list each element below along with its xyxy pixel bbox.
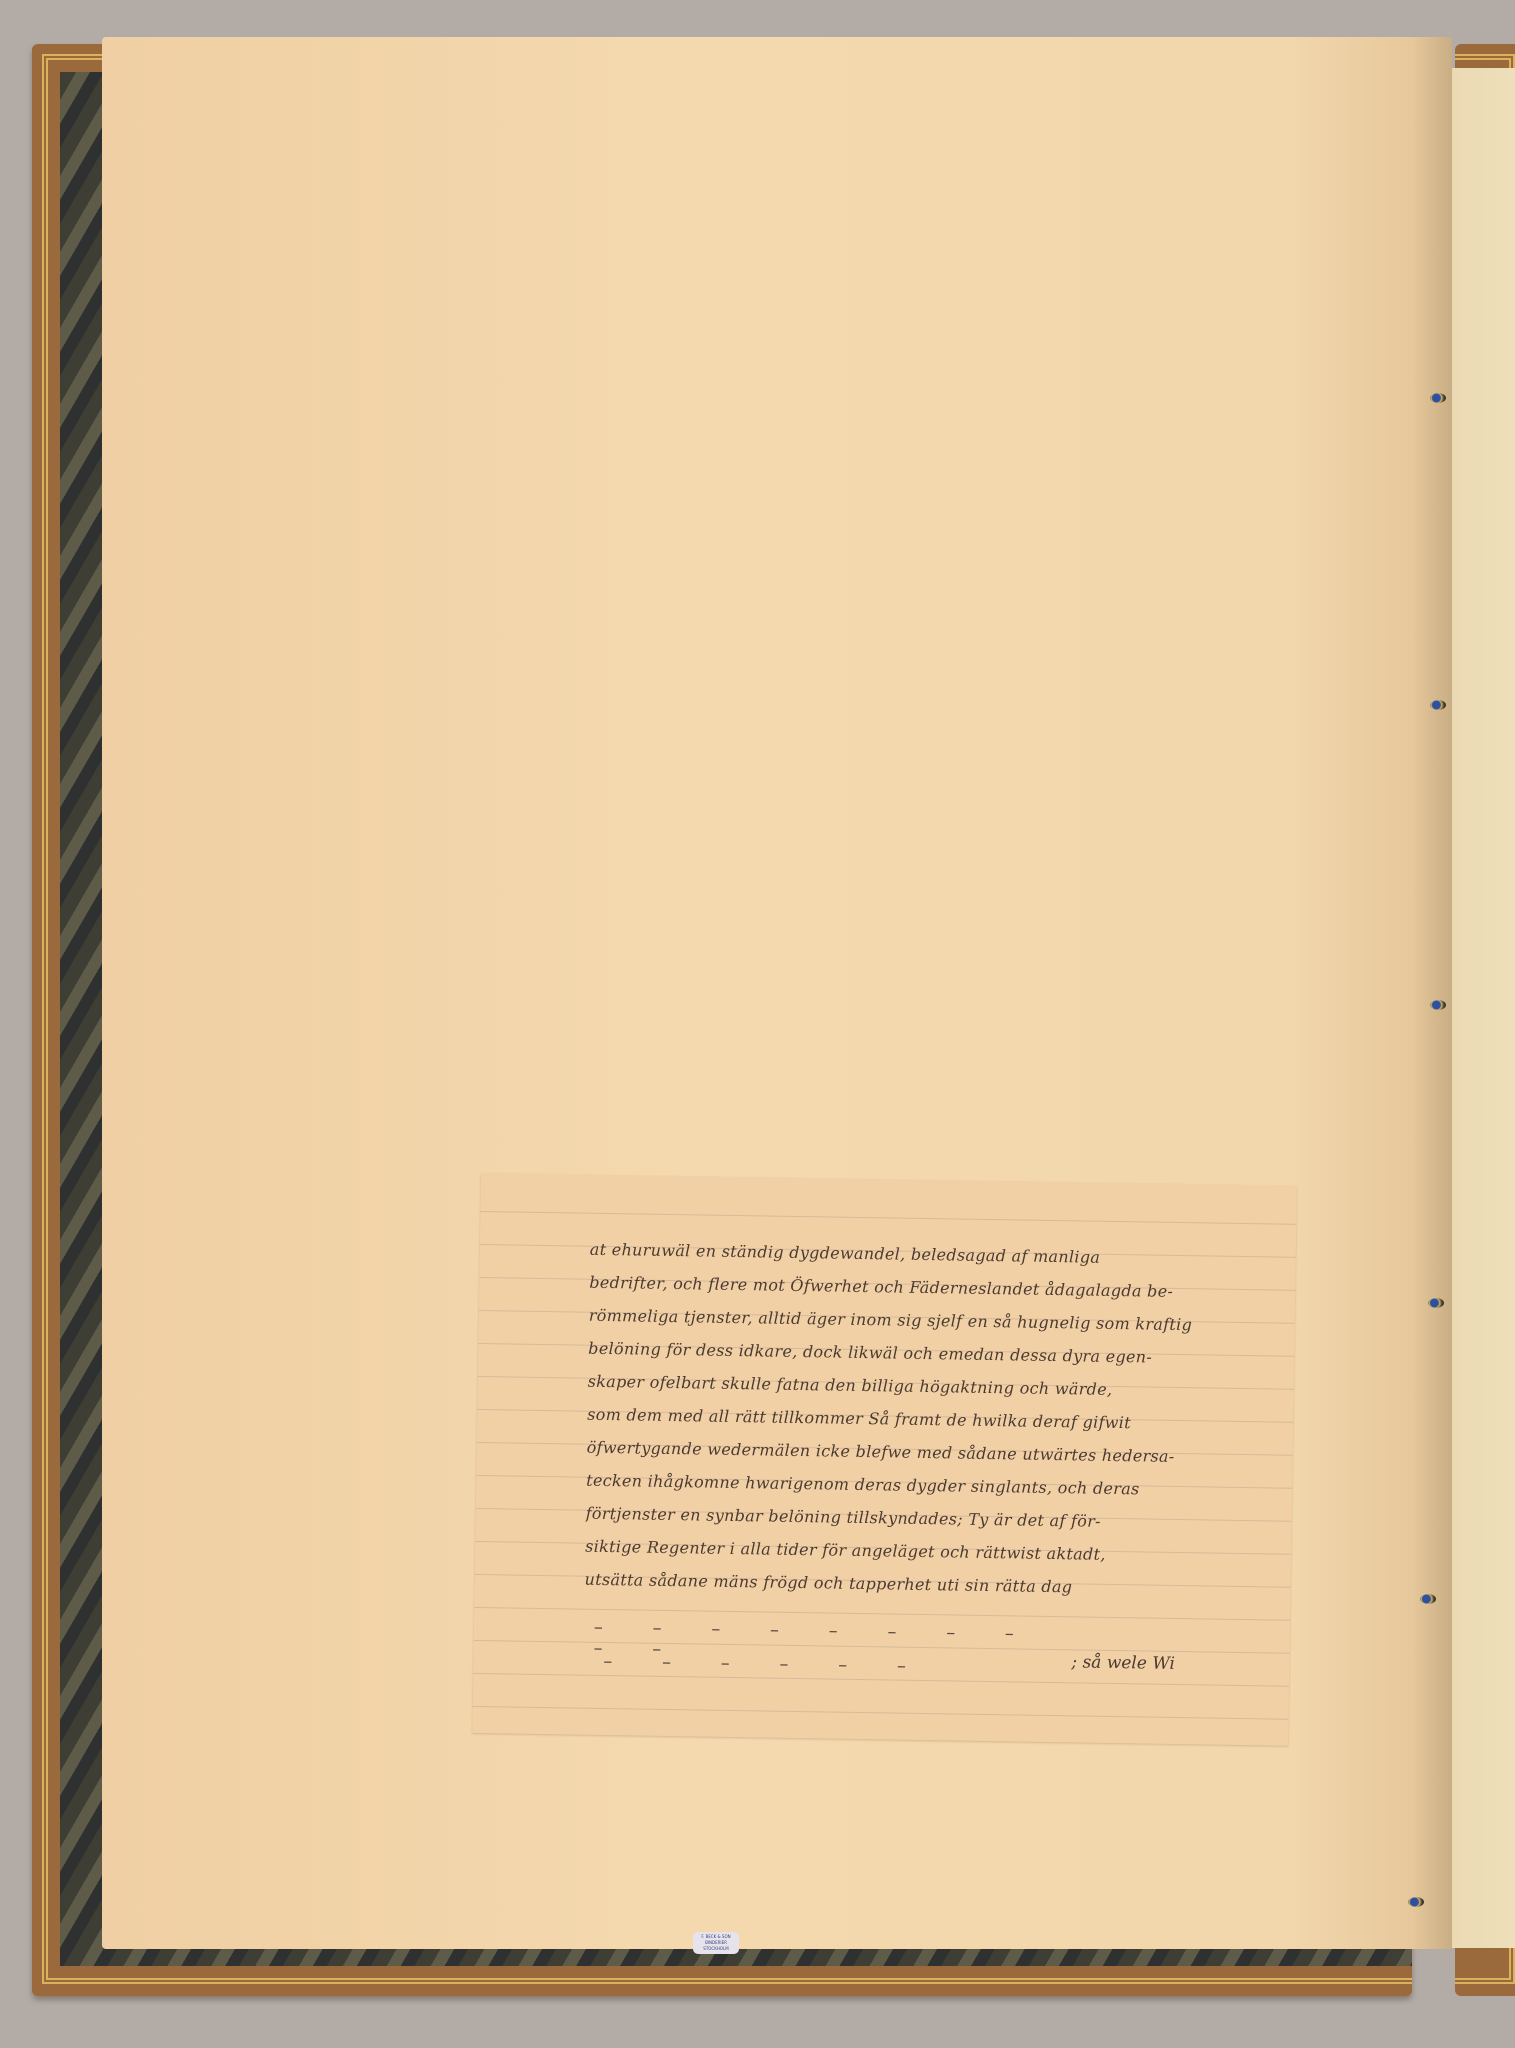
binding-stitch-icon <box>1430 700 1446 710</box>
note-text: at ehuruwäl en ständig dygdewandel, bele… <box>584 1233 1270 1607</box>
binder-label-line3: STOCKHOLM <box>693 1946 739 1952</box>
binding-stitch-icon <box>1408 1897 1424 1907</box>
binding-stitch-icon <box>1430 1000 1446 1010</box>
note-closing: ; så wele Wi <box>1071 1652 1175 1674</box>
binding-stitch-icon <box>1428 1298 1444 1308</box>
binding-stitch-icon <box>1430 393 1446 403</box>
pasted-manuscript-note: at ehuruwäl en ständig dygdewandel, bele… <box>472 1173 1297 1746</box>
binding-stitch-icon <box>1420 1594 1436 1604</box>
binder-label: F. BECK & SON BINDERIER STOCKHOLM <box>693 1932 739 1954</box>
